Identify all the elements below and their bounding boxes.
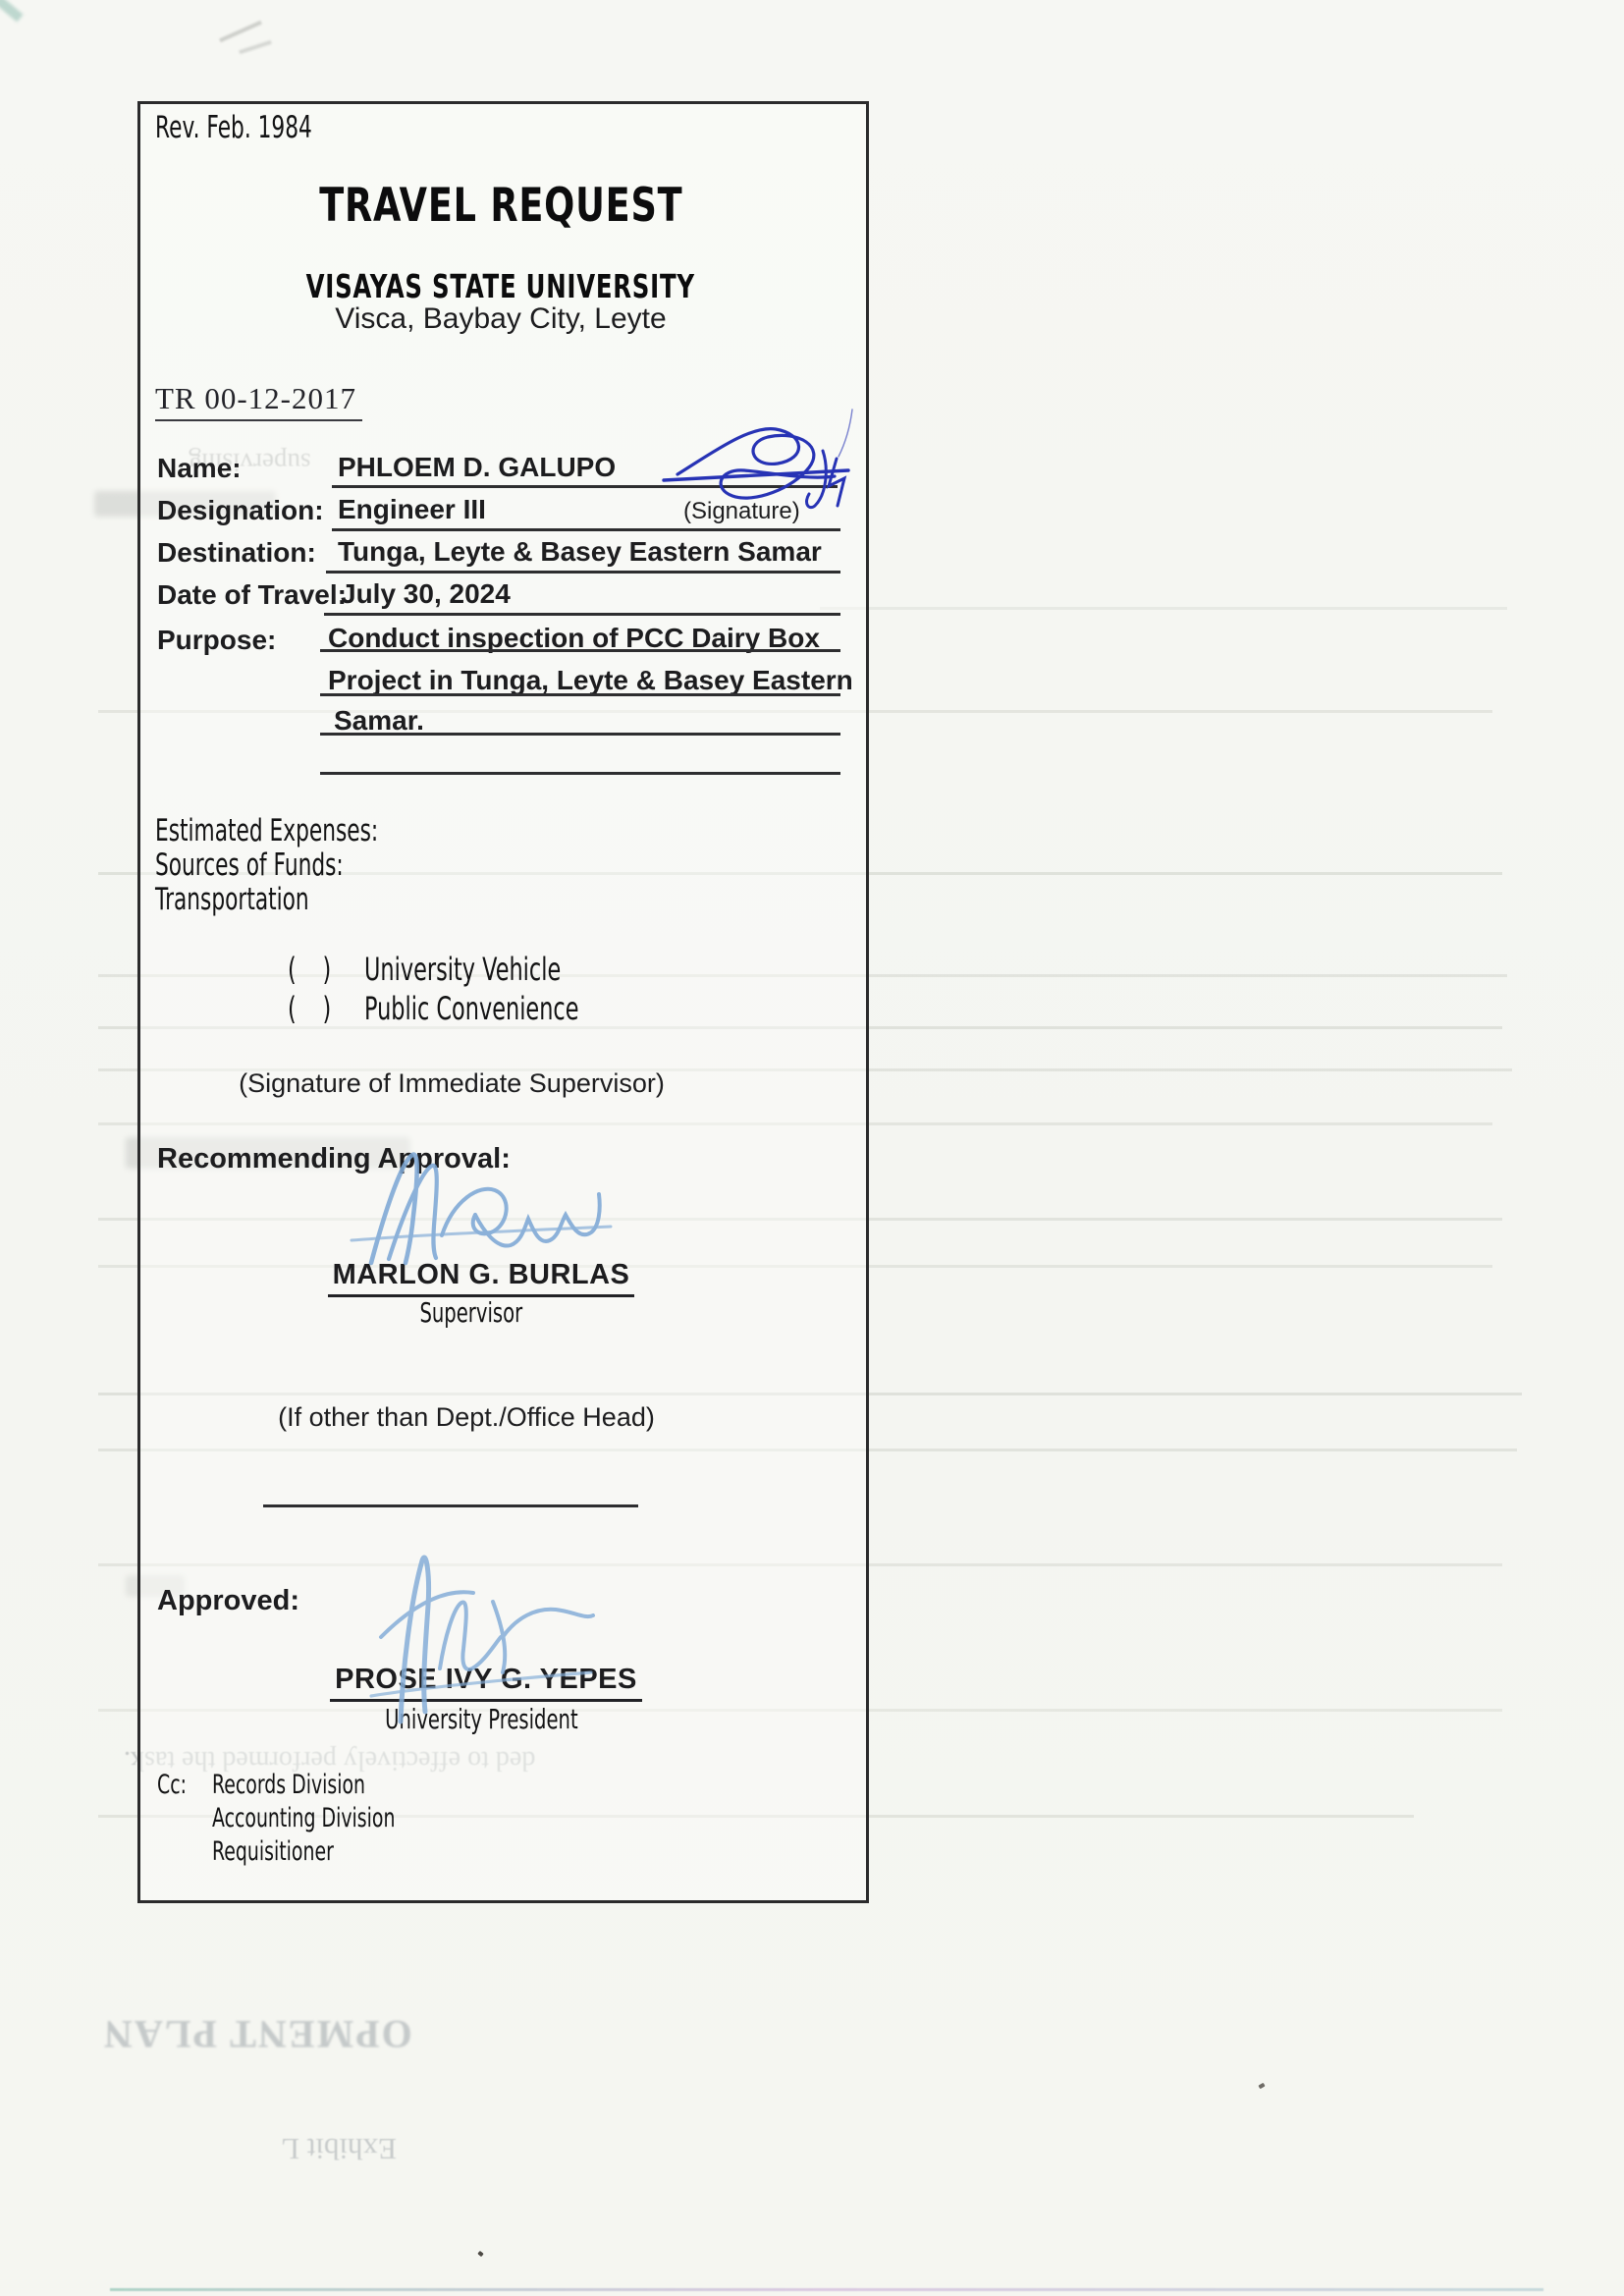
checkbox-university-vehicle: ( ) — [288, 951, 341, 988]
date-of-travel-label: Date of Travel: — [157, 579, 347, 611]
university-address: Visca, Baybay City, Leyte — [137, 302, 864, 336]
form-revision: Rev. Feb. 1984 — [155, 110, 379, 145]
destination-value: Tunga, Leyte & Basey Eastern Samar — [338, 536, 822, 568]
purpose-underline-2 — [320, 693, 840, 696]
tr-number-text: TR 00-12-2017 — [155, 381, 362, 421]
university-name-wrap: VISAYAS STATE UNIVERSITY — [137, 267, 864, 305]
date-underline — [324, 613, 840, 616]
university-name: VISAYAS STATE UNIVERSITY — [306, 267, 695, 305]
transportation-text: Transportation — [155, 882, 309, 917]
option-university-vehicle: ( ) University Vehicle — [288, 951, 363, 988]
purpose-line-2: Project in Tunga, Leyte & Basey Eastern — [328, 665, 853, 696]
tr-number: TR 00-12-2017 — [155, 381, 362, 421]
purpose-underline-1 — [320, 649, 840, 652]
name-value: PHLOEM D. GALUPO — [338, 452, 616, 483]
option-university-vehicle-label: University Vehicle — [364, 951, 561, 988]
option-public-convenience-label: Public Convenience — [364, 990, 578, 1027]
form-revision-label: Rev. Feb. 1984 — [155, 110, 312, 145]
purpose-label: Purpose: — [157, 625, 276, 656]
approved-label: Approved: — [157, 1585, 299, 1617]
checkbox-public-convenience: ( ) — [288, 990, 341, 1027]
estimated-expenses-text: Estimated Expenses: — [155, 813, 378, 848]
form-title: TRAVEL REQUEST — [319, 179, 682, 233]
cc-item-accounting: Accounting Division — [212, 1803, 473, 1833]
designation-label: Designation: — [157, 495, 324, 526]
sources-of-funds-text: Sources of Funds: — [155, 847, 344, 883]
requester-signature — [660, 408, 871, 540]
purpose-underline-blank — [320, 772, 840, 775]
name-label: Name: — [157, 453, 242, 484]
bleed-text-exhibit: Exhibit L — [281, 2131, 397, 2166]
bleed-line — [820, 607, 1507, 610]
designation-value: Engineer III — [338, 494, 486, 525]
destination-label: Destination: — [157, 537, 316, 569]
estimated-expenses-label: Estimated Expenses: — [155, 813, 474, 848]
scan-smudge — [219, 21, 262, 42]
recommending-title-wrap: Supervisor — [137, 1296, 805, 1329]
other-head-caption: (If other than Dept./Office Head) — [137, 1402, 795, 1433]
cc-item-accounting-text: Accounting Division — [212, 1803, 395, 1833]
sources-of-funds-label: Sources of Funds: — [155, 847, 424, 883]
scan-smudge — [239, 40, 272, 54]
recommending-title: Supervisor — [420, 1296, 523, 1329]
immediate-supervisor-caption: (Signature of Immediate Supervisor) — [137, 1068, 766, 1099]
cc-item-requisitioner: Requisitioner — [212, 1836, 386, 1867]
bleed-text-opment-plan: OPMENT PLAN — [102, 2011, 412, 2057]
cc-item-requisitioner-text: Requisitioner — [212, 1836, 334, 1867]
cc-label-text: Cc: — [157, 1770, 187, 1800]
scanned-page: supervising ded to effectively performed… — [0, 0, 1624, 2296]
other-head-blank-line — [263, 1504, 638, 1507]
date-of-travel-value: July 30, 2024 — [341, 578, 511, 610]
recommending-signature — [344, 1139, 619, 1277]
option-public-convenience: ( ) Public Convenience — [288, 990, 363, 1027]
approved-signature — [344, 1547, 609, 1728]
transportation-label: Transportation — [155, 882, 375, 917]
destination-underline — [326, 571, 840, 574]
scan-speck — [1258, 2083, 1265, 2089]
cc-item-records-text: Records Division — [212, 1770, 365, 1800]
purpose-underline-3 — [320, 733, 840, 736]
cc-item-records: Records Division — [212, 1770, 431, 1800]
scan-smudge — [0, 0, 24, 22]
cc-label: Cc: — [157, 1770, 199, 1800]
scan-bottom-edge — [110, 2288, 1543, 2291]
scan-speck — [477, 2251, 483, 2257]
form-title-wrap: TRAVEL REQUEST — [137, 179, 864, 233]
